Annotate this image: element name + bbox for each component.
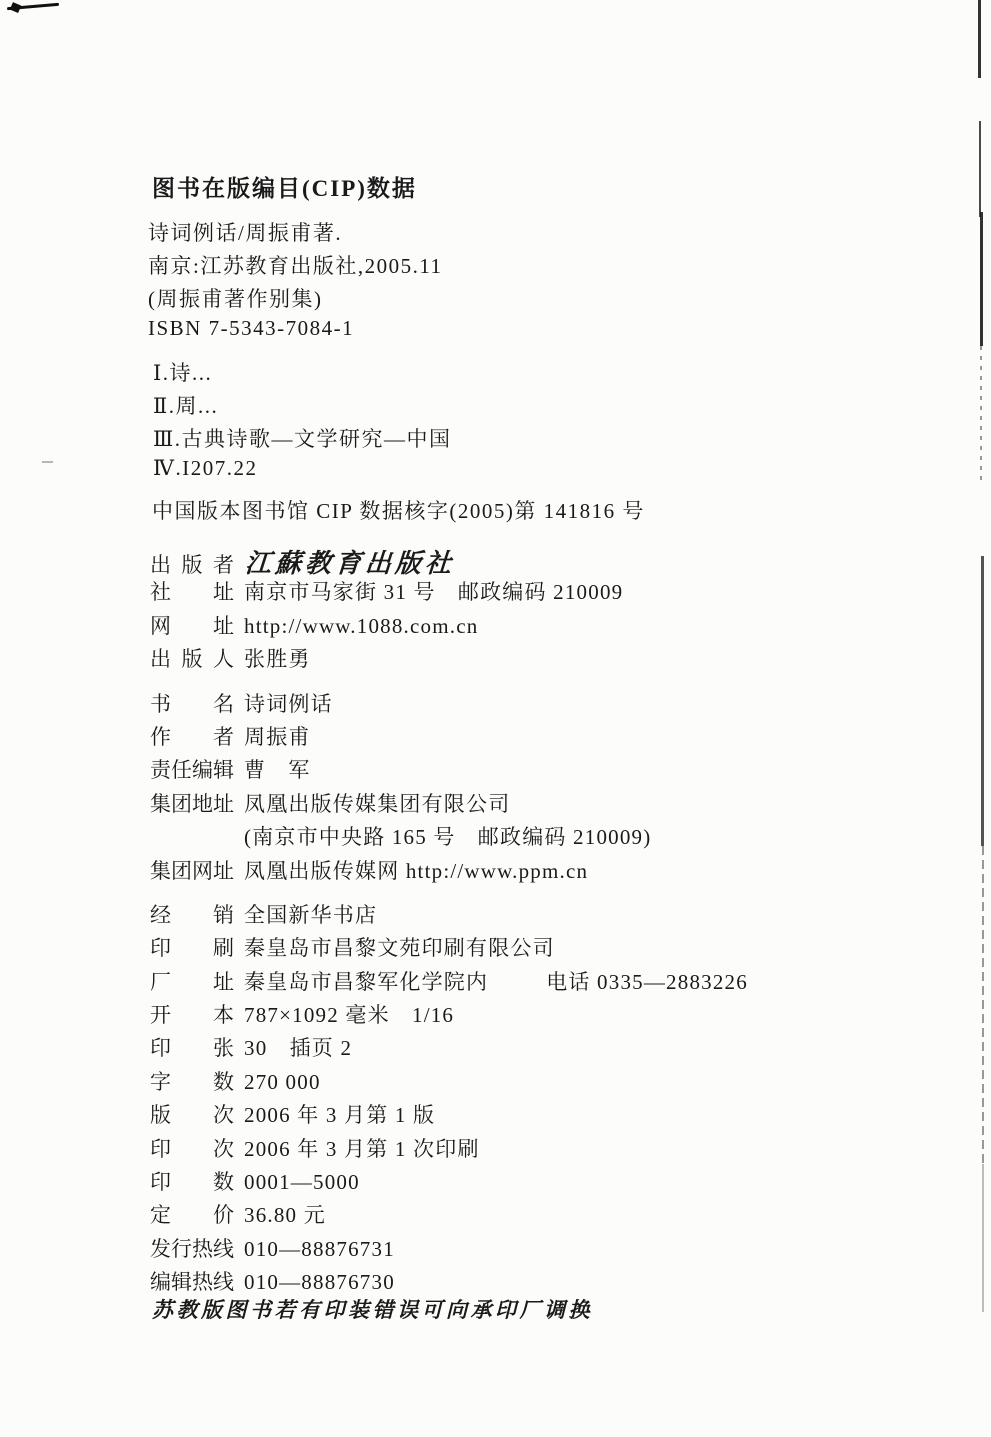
colophon-value: (南京市中央路 165 号 邮政编码 210009) bbox=[244, 821, 651, 851]
colophon-row: 经销全国新华书店 bbox=[150, 899, 870, 932]
colophon-row: 开本787×1092 毫米 1/16 bbox=[150, 999, 870, 1032]
colophon-value: 南京市马家街 31 号 邮政编码 210009 bbox=[244, 576, 623, 606]
colophon-row: 作者周振甫 bbox=[150, 721, 870, 754]
colophon-label: 集团地址 bbox=[150, 788, 234, 818]
publisher-brush-logo: 江蘇教育出版社 bbox=[244, 543, 457, 580]
colophon-value: http://www.1088.com.cn bbox=[244, 614, 478, 639]
scan-smudge-topleft bbox=[7, 3, 59, 11]
colophon-value: 凤凰出版传媒网 http://www.ppm.cn bbox=[244, 855, 588, 885]
colophon-value: 2006 年 3 月第 1 版 bbox=[244, 1099, 435, 1129]
cip-classification-line: Ⅳ.I207.22 bbox=[153, 456, 452, 489]
colophon-label: 开本 bbox=[150, 999, 234, 1029]
colophon-label: 字数 bbox=[150, 1066, 234, 1096]
colophon-row: 版次2006 年 3 月第 1 版 bbox=[150, 1099, 870, 1132]
colophon-row: 书名诗词例话 bbox=[150, 688, 870, 721]
colophon-value: 2006 年 3 月第 1 次印刷 bbox=[244, 1133, 480, 1163]
colophon-label: 出版者 bbox=[150, 549, 234, 579]
cip-line: 诗词例话/周振甫著. bbox=[148, 217, 443, 250]
colophon-label: 印张 bbox=[150, 1032, 234, 1062]
colophon-label: 印数 bbox=[150, 1166, 234, 1196]
colophon-extra-value: 电话 0335—2883226 bbox=[546, 966, 748, 996]
colophon-row: 定价36.80 元 bbox=[150, 1199, 870, 1232]
colophon-label: 印次 bbox=[150, 1133, 234, 1163]
colophon-label: 集团网址 bbox=[150, 855, 234, 885]
colophon-value: 凤凰出版传媒集团有限公司 bbox=[244, 788, 510, 818]
scan-line-segment bbox=[982, 846, 984, 1164]
colophon-value: 30 插页 2 bbox=[244, 1032, 352, 1062]
cip-classification-block: Ⅰ.诗...Ⅱ.周...Ⅲ.古典诗歌—文学研究—中国Ⅳ.I207.22 bbox=[153, 357, 452, 489]
colophon-row: 出版者江蘇教育出版社 bbox=[150, 543, 870, 576]
colophon-row: 发行热线010—88876731 bbox=[150, 1233, 870, 1266]
colophon-label: 发行热线 bbox=[150, 1233, 234, 1263]
colophon-row: 集团地址凤凰出版传媒集团有限公司 bbox=[150, 788, 870, 821]
cip-line: (周振甫著作别集) bbox=[148, 283, 443, 316]
colophon-row: 网址http://www.1088.com.cn bbox=[150, 610, 870, 643]
scan-dash-left-margin bbox=[42, 461, 53, 463]
cip-classification-line: Ⅲ.古典诗歌—文学研究—中国 bbox=[153, 423, 452, 456]
colophon-value: 36.80 元 bbox=[244, 1199, 326, 1229]
colophon-label: 定价 bbox=[150, 1199, 234, 1229]
misprint-exchange-note: 苏教版图书若有印装错误可向承印厂调换 bbox=[152, 1294, 593, 1324]
cip-classification-line: Ⅱ.周... bbox=[153, 390, 452, 423]
colophon-label: 编辑热线 bbox=[150, 1266, 234, 1296]
scan-line-segment bbox=[980, 346, 982, 484]
colophon-value: 010—88876730 bbox=[244, 1270, 395, 1295]
cip-record-number: 中国版本图书馆 CIP 数据核字(2005)第 141816 号 bbox=[152, 495, 645, 525]
colophon-value: 787×1092 毫米 1/16 bbox=[244, 999, 454, 1029]
colophon-label: 出版人 bbox=[150, 643, 234, 673]
cip-line: ISBN 7-5343-7084-1 bbox=[148, 316, 443, 349]
colophon-value: 秦皇岛市昌黎文苑印刷有限公司 bbox=[244, 932, 555, 962]
colophon-label: 网址 bbox=[150, 610, 234, 640]
colophon-value: 秦皇岛市昌黎军化学院内 bbox=[244, 966, 488, 996]
colophon-value: 270 000 bbox=[244, 1070, 321, 1095]
colophon-row: 出版人张胜勇 bbox=[150, 643, 870, 676]
colophon-label: 厂址 bbox=[150, 966, 234, 996]
colophon-label: 责任编辑 bbox=[150, 754, 234, 784]
colophon-value: 全国新华书店 bbox=[244, 899, 377, 929]
colophon-value: 0001—5000 bbox=[244, 1170, 360, 1195]
cip-classification-line: Ⅰ.诗... bbox=[153, 357, 452, 390]
colophon-label: 书名 bbox=[150, 688, 234, 718]
colophon-row: 集团网址凤凰出版传媒网 http://www.ppm.cn bbox=[150, 855, 870, 888]
colophon-value: 曹 军 bbox=[244, 754, 311, 784]
book-copyright-page: 图书在版编目(CIP)数据 诗词例话/周振甫著.南京:江苏教育出版社,2005.… bbox=[0, 0, 991, 1437]
cip-heading: 图书在版编目(CIP)数据 bbox=[152, 170, 417, 203]
colophon-row: 责任编辑曹 军 bbox=[150, 754, 870, 787]
colophon-row: 字数270 000 bbox=[150, 1066, 870, 1099]
colophon-row: 印张30 插页 2 bbox=[150, 1032, 870, 1065]
scan-line-segment bbox=[978, 0, 981, 78]
colophon-row: 社址南京市马家街 31 号 邮政编码 210009 bbox=[150, 576, 870, 609]
colophon-value: 010—88876731 bbox=[244, 1237, 395, 1262]
colophon-label: 印刷 bbox=[150, 932, 234, 962]
colophon-row: 印次2006 年 3 月第 1 次印刷 bbox=[150, 1133, 870, 1166]
colophon-value: 周振甫 bbox=[244, 721, 311, 751]
colophon-label: 版次 bbox=[150, 1099, 234, 1129]
scan-line-segment bbox=[979, 121, 981, 217]
colophon-row: (南京市中央路 165 号 邮政编码 210009) bbox=[150, 821, 870, 854]
colophon-row: 印刷秦皇岛市昌黎文苑印刷有限公司 bbox=[150, 932, 870, 965]
colophon-table: 出版者江蘇教育出版社社址南京市马家街 31 号 邮政编码 210009网址htt… bbox=[150, 543, 870, 1300]
scan-line-segment bbox=[982, 1164, 984, 1312]
colophon-label: 作者 bbox=[150, 721, 234, 751]
colophon-row: 厂址秦皇岛市昌黎军化学院内电话 0335—2883226 bbox=[150, 966, 870, 999]
colophon-label: 经销 bbox=[150, 899, 234, 929]
scan-line-segment bbox=[980, 212, 983, 346]
colophon-value: 诗词例话 bbox=[244, 688, 333, 718]
scan-line-segment bbox=[981, 556, 984, 846]
cip-line: 南京:江苏教育出版社,2005.11 bbox=[148, 250, 443, 283]
cip-description-block: 诗词例话/周振甫著.南京:江苏教育出版社,2005.11(周振甫著作别集)ISB… bbox=[148, 217, 443, 349]
colophon-row: 印数0001—5000 bbox=[150, 1166, 870, 1199]
colophon-value: 张胜勇 bbox=[244, 643, 311, 673]
colophon-label: 社址 bbox=[150, 576, 234, 606]
